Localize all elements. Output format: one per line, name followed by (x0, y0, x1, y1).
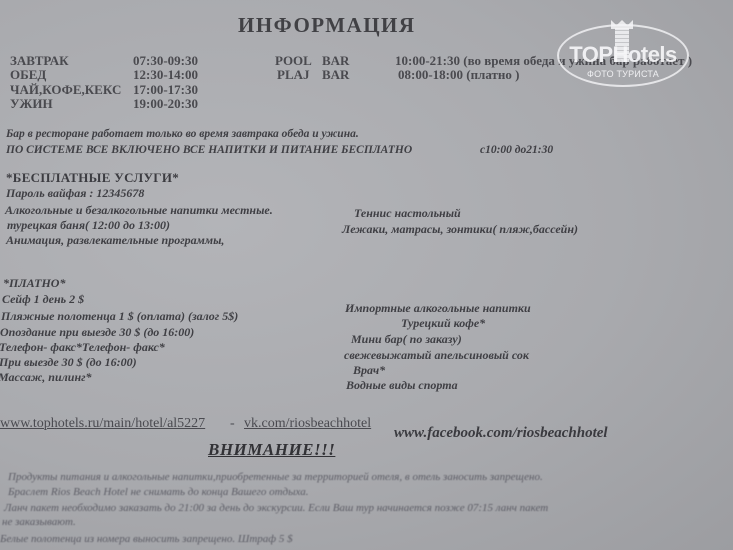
meal-label: ОБЕД (10, 67, 46, 82)
vk-link[interactable]: vk.com/riosbeachhotel (244, 416, 371, 432)
bar-name: PLAJ (277, 67, 310, 82)
all-inclusive-hours: с10:00 до21:30 (480, 144, 553, 156)
meal-label: ЧАЙ,КОФЕ,КЕКС (10, 82, 121, 97)
paid-service-item: Сейф 1 день 2 $ (2, 292, 84, 307)
meal-time: 12:30-14:00 (133, 67, 198, 82)
paid-service-item: Пляжные полотенца 1 $ (оплата) (залог 5$… (1, 309, 238, 324)
attention-heading: ВНИМАНИЕ!!! (208, 440, 335, 460)
meal-time: 19:00-20:30 (133, 96, 198, 111)
meal-label: ЗАВТРАК (10, 53, 69, 68)
facebook-link[interactable]: www.facebook.com/riosbeachhotel (394, 425, 608, 442)
paid-service-item: Водные виды спорта (346, 378, 458, 393)
bar-name: POOL (275, 53, 312, 68)
link-separator: - (230, 416, 235, 432)
bar-hours: 08:00-18:00 (платно ) (398, 67, 519, 82)
all-inclusive-note: ПО СИСТЕМЕ ВСЕ ВКЛЮЧЕНО ВСЕ НАПИТКИ И ПИ… (6, 144, 412, 156)
page-title: ИНФОРМАЦИЯ (238, 13, 416, 38)
bar-type: BAR (322, 67, 349, 82)
free-service-item: Алкогольные и безалкогольные напитки мес… (5, 203, 273, 218)
watermark-subtitle: ФОТО ТУРИСТА (559, 69, 687, 79)
tophotels-link[interactable]: www.tophotels.ru/main/hotel/al5227 (0, 416, 205, 432)
free-service-item: Анимация, развлекательные программы, (6, 233, 224, 248)
free-service-item: турецкая баня( 12:00 до 13:00) (7, 218, 170, 233)
paid-service-item: Импортные алкогольные напитки (345, 301, 531, 316)
paid-service-item: Опоздание при выезде 30 $ (до 16:00) (0, 325, 194, 340)
free-service-item: Пароль вайфая : 12345678 (6, 186, 144, 201)
tophotels-watermark: TOPHotels ФОТО ТУРИСТА (557, 24, 689, 87)
paid-services-heading: *ПЛАТНО* (3, 276, 65, 291)
meal-time: 07:30-09:30 (133, 53, 198, 68)
free-service-item: Лежаки, матрасы, зонтики( пляж,бассейн) (342, 222, 578, 237)
paid-service-item: Мини бар( по заказу) (351, 332, 462, 347)
note-item: Белые полотенца из номера выносить запре… (0, 533, 293, 545)
paid-service-item: При выезде 30 $ (до 16:00) (0, 355, 137, 370)
note-item: Продукты питания и алкогольные напитки,п… (8, 471, 543, 483)
paid-service-item: Массаж, пилинг* (0, 370, 92, 385)
bar-type: BAR (322, 53, 349, 68)
free-service-item: Теннис настольный (354, 206, 461, 221)
paid-service-item: свежевыжатый апельсиновый сок (344, 348, 529, 363)
paid-service-item: Турецкий кофе* (401, 316, 485, 331)
paid-service-item: Врач* (353, 363, 385, 378)
note-item: Браслет Rios Beach Hotel не снимать до к… (8, 486, 309, 498)
bar-note: Бар в ресторане работает только во время… (6, 128, 359, 140)
note-item: Ланч пакет необходимо заказать до 21:00 … (4, 502, 548, 514)
free-services-heading: *БЕСПЛАТНЫЕ УСЛУГИ* (6, 170, 179, 186)
meal-time: 17:00-17:30 (133, 82, 198, 97)
meal-label: УЖИН (10, 96, 53, 111)
paid-service-item: Телефон- факс*Телефон- факс* (0, 340, 165, 355)
watermark-brand: TOPHotels (559, 42, 687, 68)
note-item: не заказывают. (2, 516, 76, 528)
